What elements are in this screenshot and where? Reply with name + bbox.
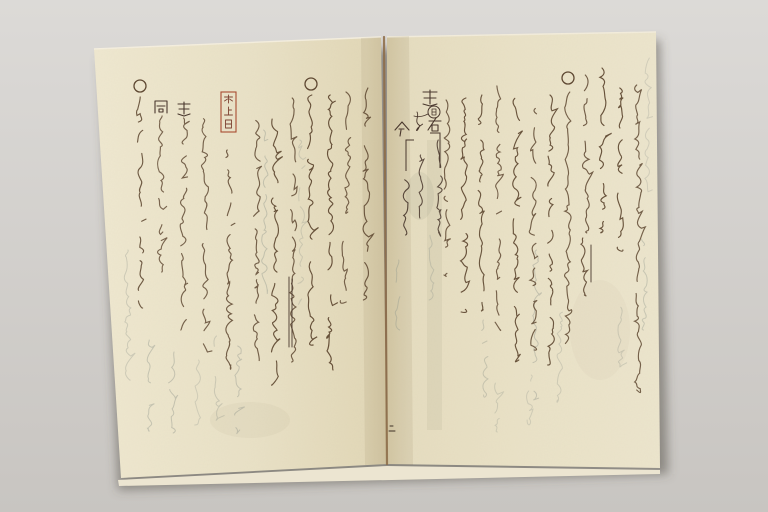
manuscript-photograph: Photograph of an open Japanese manuscrip… — [0, 0, 768, 512]
paper-texture — [94, 32, 660, 478]
manuscript-scene: Photograph of an open Japanese manuscrip… — [0, 0, 768, 512]
